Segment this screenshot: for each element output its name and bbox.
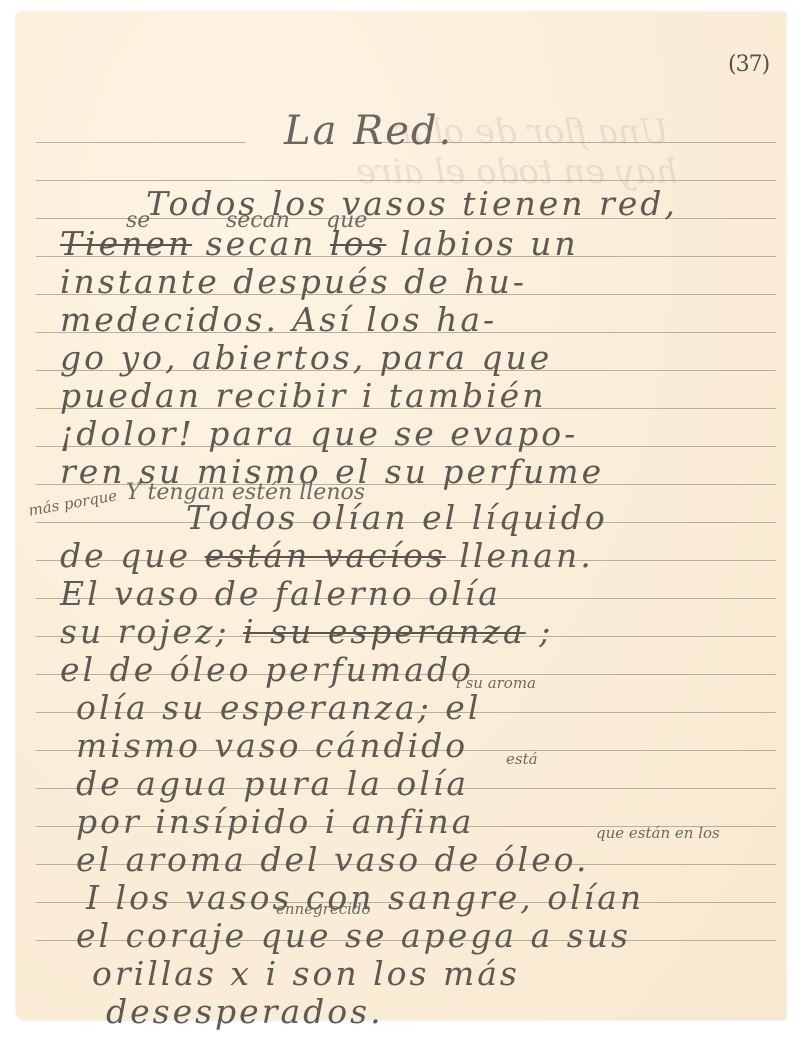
text-line: por insípido i anfina	[76, 802, 474, 841]
text-line: go yo, abiertos, para que	[60, 338, 552, 377]
margin-note: más porque	[27, 486, 118, 519]
text-segment: llenan.	[459, 536, 593, 575]
text-line: de agua pura la olía	[76, 764, 469, 803]
insertion: que están en los	[596, 824, 720, 842]
text-line: el aroma del vaso de óleo.	[76, 840, 590, 879]
text-line: puedan recibir i también	[60, 376, 546, 415]
page-title: La Red.	[284, 108, 453, 154]
text-line: desesperados.	[106, 992, 384, 1031]
text-line: olía su esperanza; el	[76, 688, 481, 727]
text-line: su rojez; i su esperanza ;	[60, 612, 553, 651]
text-line: el coraje que se apega a sus	[76, 916, 631, 955]
manuscript-page: Una flor de olor hay en todo el aire (37…	[16, 12, 786, 1020]
text-segment: labios un	[400, 224, 579, 263]
text-line: de que están vacíos llenan.	[60, 536, 594, 575]
text-segment: ;	[539, 612, 553, 651]
insertion: está	[506, 750, 538, 768]
struck-text: los	[330, 224, 386, 263]
text-line: mismo vaso cándido	[76, 726, 468, 765]
struck-text: están vacíos	[205, 536, 446, 575]
ruled-line	[36, 142, 246, 143]
text-line: orillas x i son los más	[92, 954, 520, 993]
text-line: Tienen secan los labios un	[60, 224, 579, 263]
text-line: ¡dolor! para que se evapo-	[60, 414, 578, 453]
text-line: instante después de hu-	[60, 262, 527, 301]
text-line: Todos olían el líquido	[186, 498, 608, 537]
text-segment: secan	[206, 224, 317, 263]
page-number: (37)	[728, 52, 769, 77]
struck-text: Tienen	[60, 224, 192, 263]
text-line: El vaso de falerno olía	[60, 574, 501, 613]
text-segment: de que	[60, 536, 191, 575]
text-line: medecidos. Así los ha-	[60, 300, 497, 339]
text-segment: su rojez;	[60, 612, 230, 651]
text-line: el de óleo perfumado	[60, 650, 474, 689]
struck-text: i su esperanza	[243, 612, 526, 651]
